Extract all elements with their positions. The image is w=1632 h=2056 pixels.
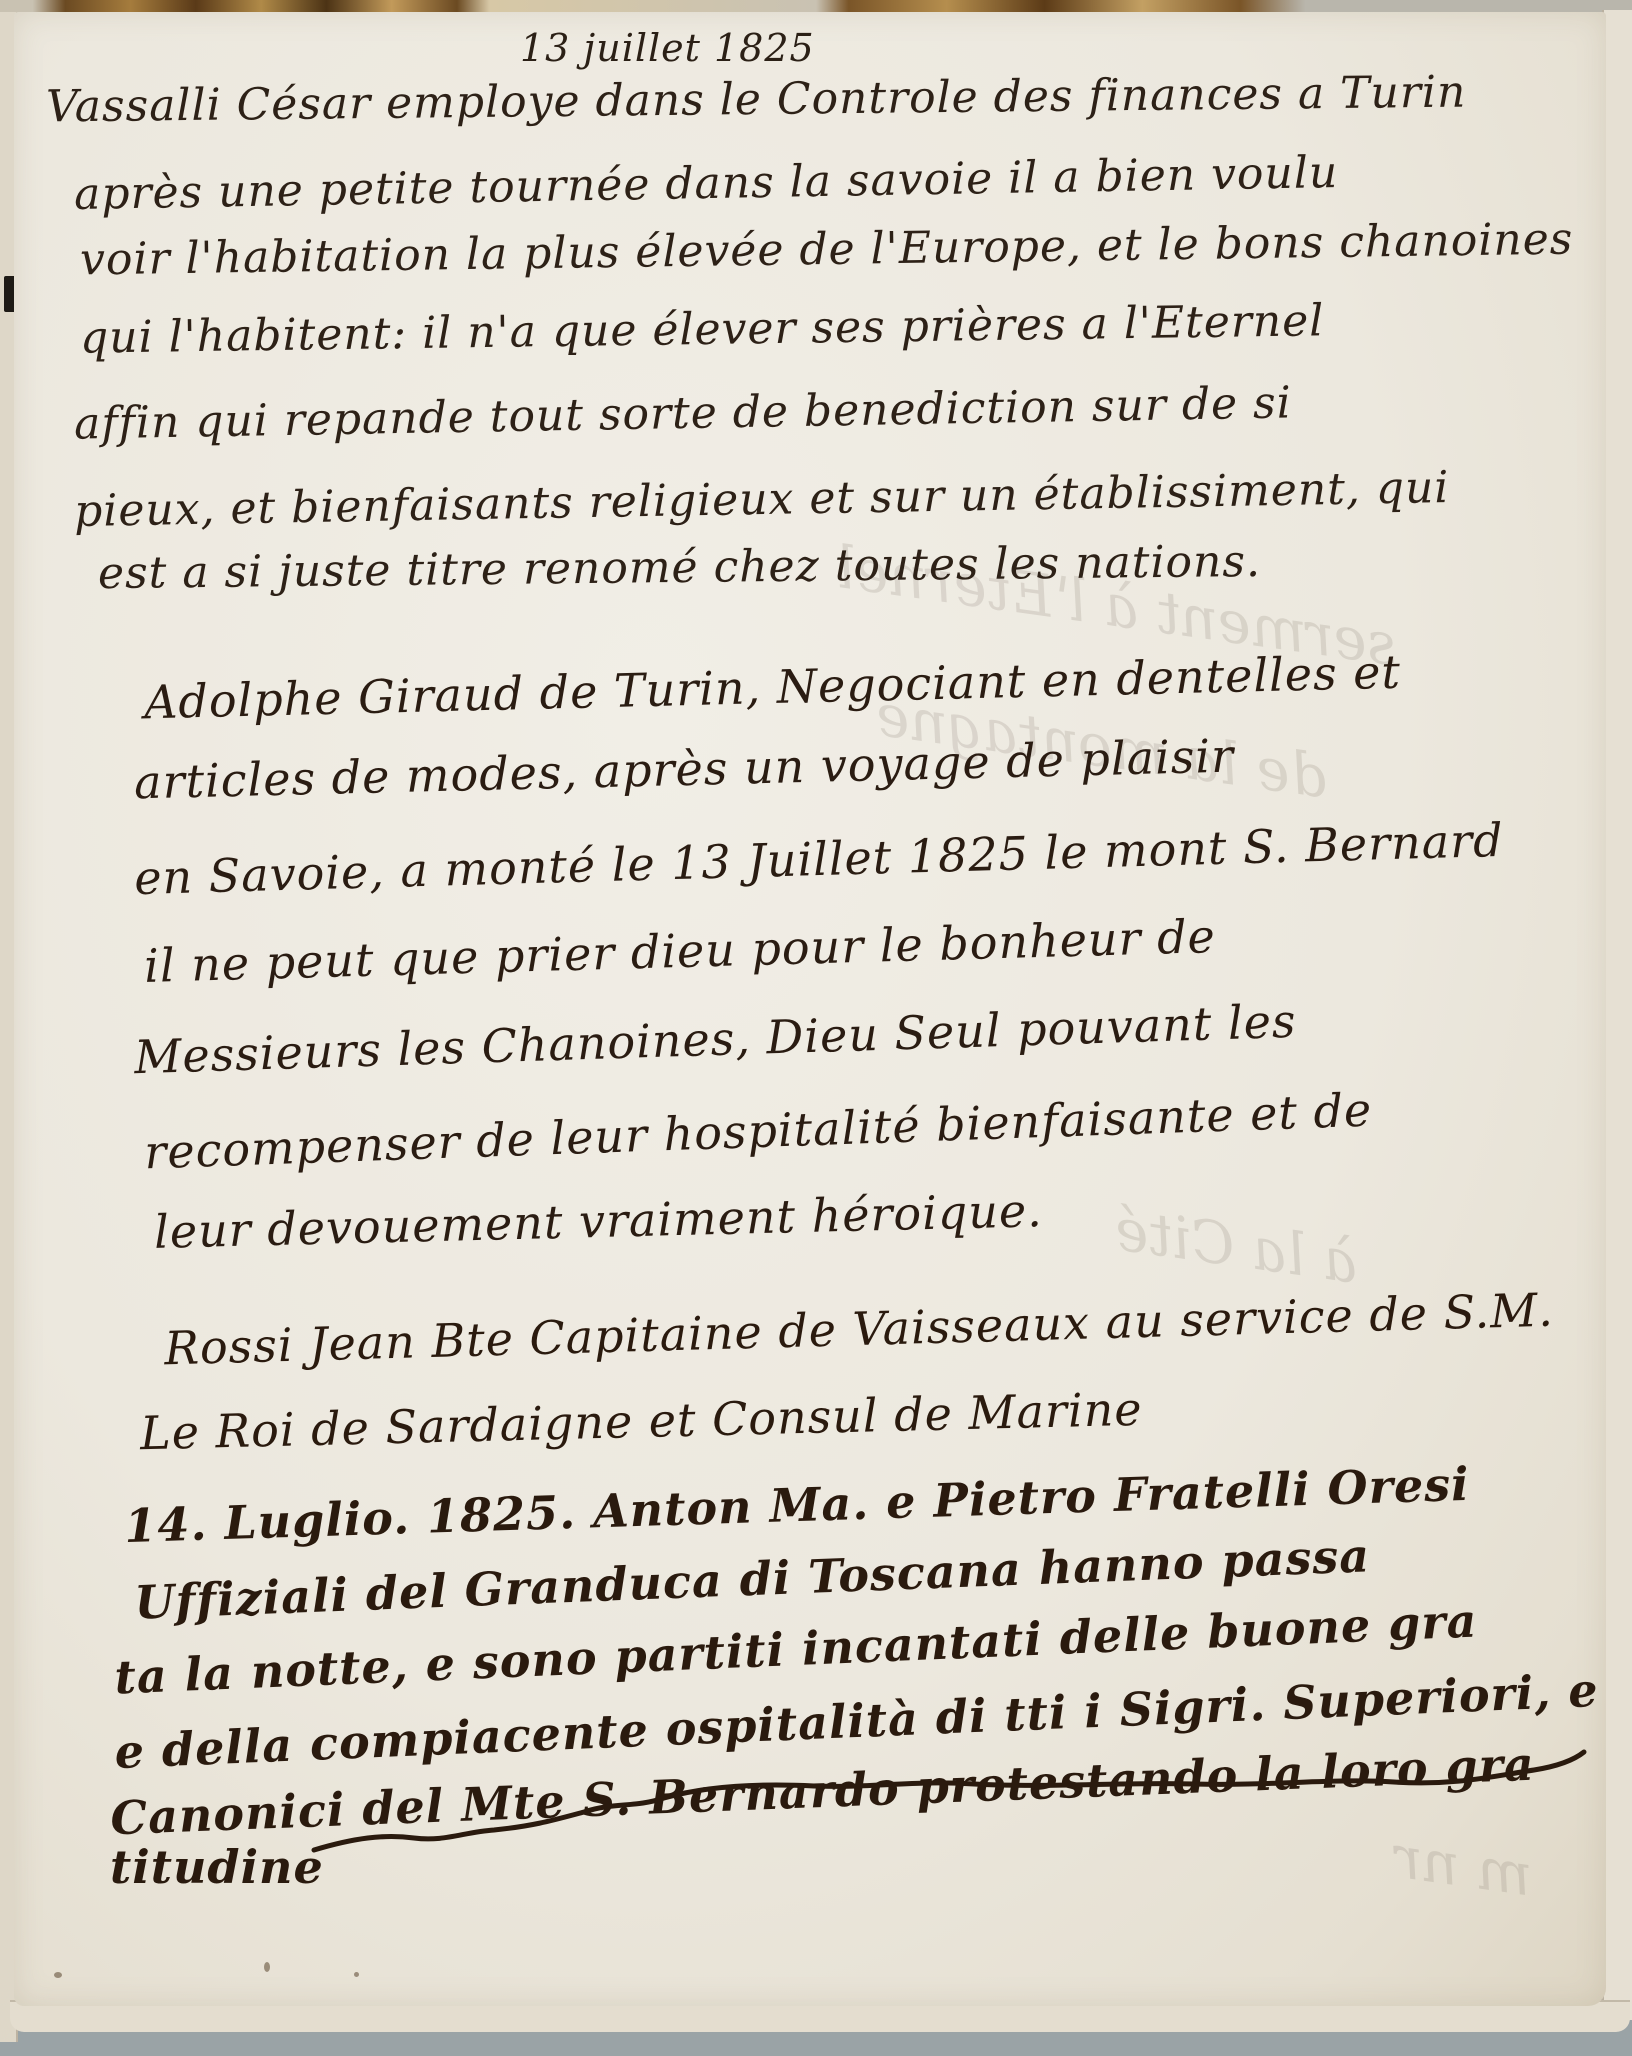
- manuscript-page: serment à l'Eternel de la montagne à la …: [14, 12, 1606, 2006]
- ink-speck: [264, 1962, 270, 1972]
- closing-flourish: [14, 12, 1606, 2006]
- ink-speck: [354, 1972, 359, 1977]
- ink-speck: [54, 1972, 62, 1978]
- page-stack-right: [1602, 10, 1632, 2020]
